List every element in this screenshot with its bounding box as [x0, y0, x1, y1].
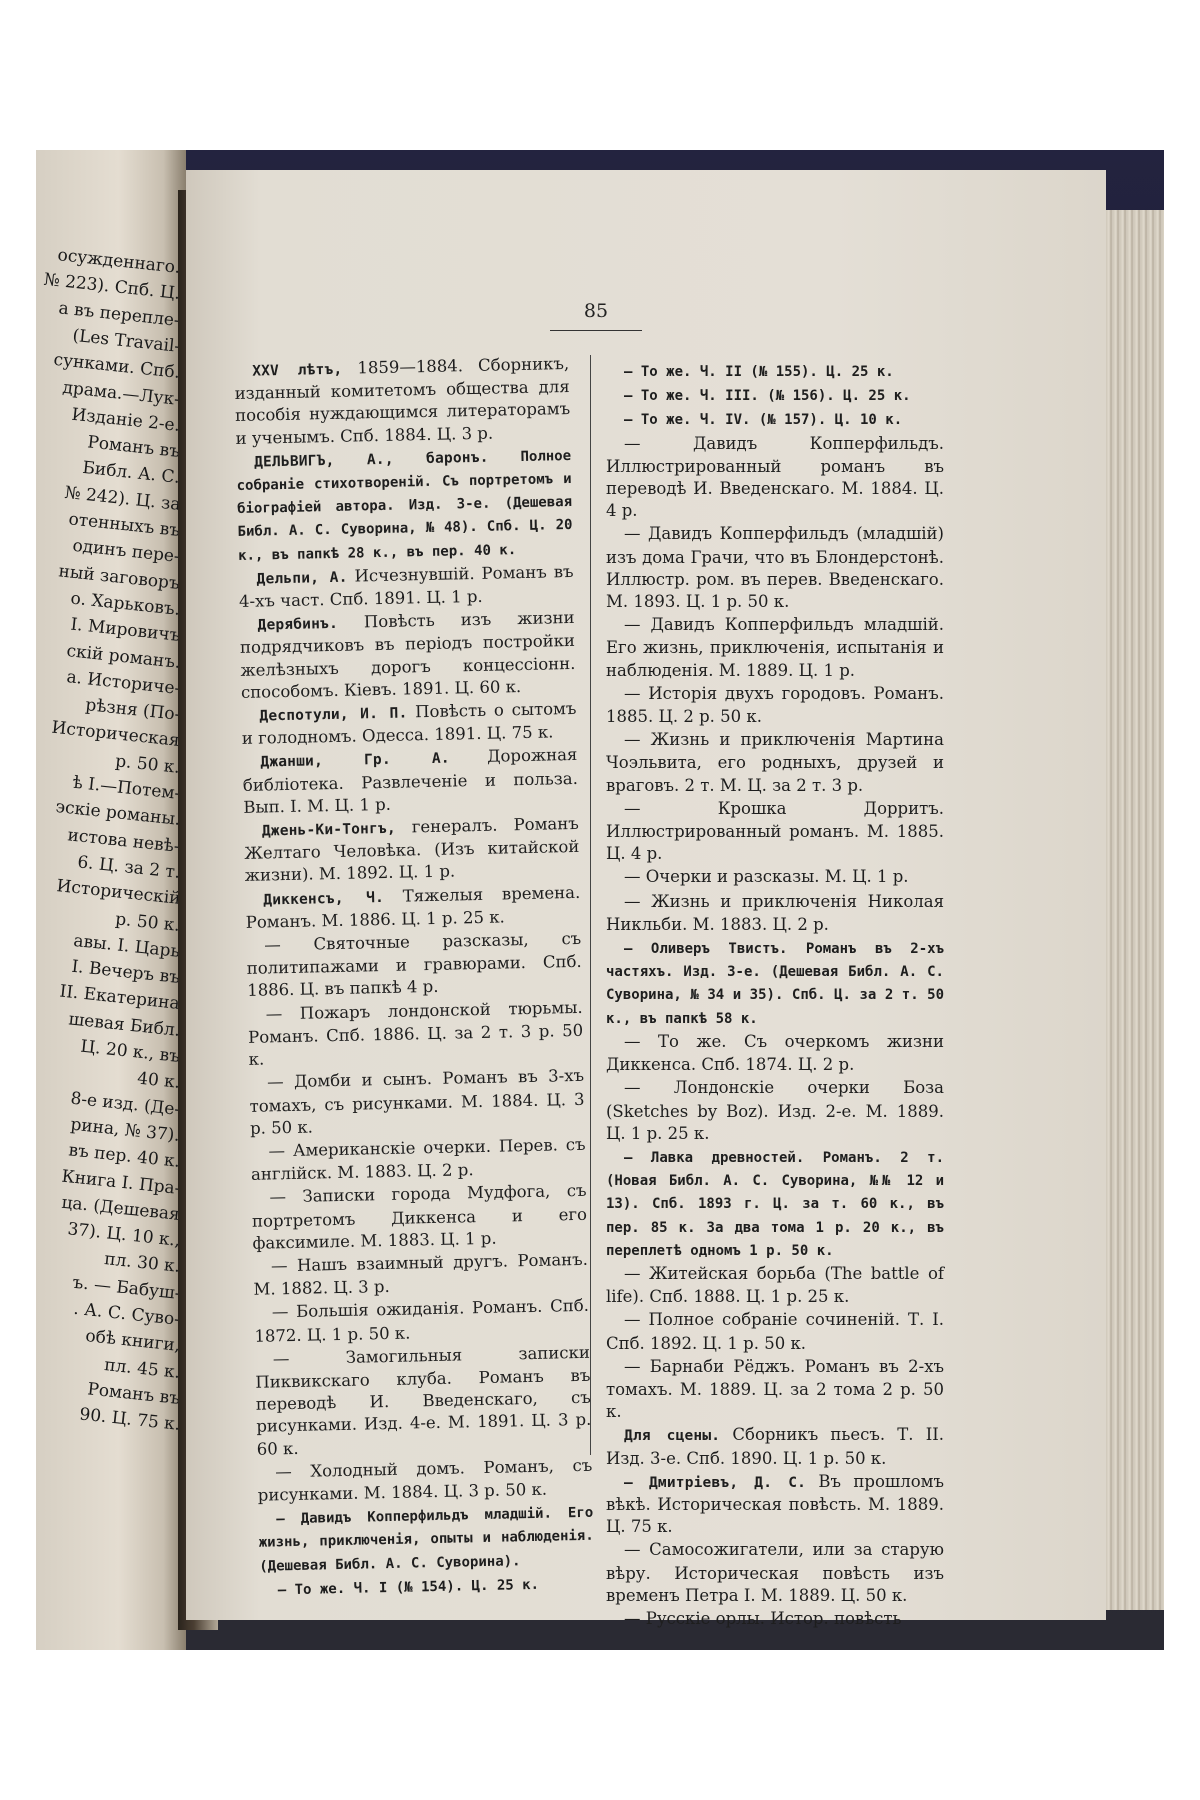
previous-page-line: 90. Ц. 75 к.: [78, 1405, 181, 1435]
catalog-entry: — То же. Съ очеркомъ жизни Диккенса. Спб…: [606, 1031, 944, 1076]
catalog-entry: — Американскіе очерки. Перев. съ англійс…: [250, 1134, 586, 1186]
entry-text: — Пожаръ лондонской тюрьмы. Романъ. Спб.…: [248, 998, 583, 1069]
entry-bold-text: — То же. Ч. III. (№ 156). Ц. 25 к.: [624, 388, 911, 404]
entry-bold-text: — Оливеръ Твистъ. Романъ въ 2-хъ частяхъ…: [606, 941, 944, 1027]
previous-page-line: р. 50 к.: [115, 909, 182, 936]
entry-bold-text: — Лавка древностей. Романъ. 2 т. (Новая …: [606, 1150, 944, 1259]
catalog-entry: — Давидъ Копперфильдъ. Иллюстрированный …: [606, 433, 944, 523]
catalog-entry: — Самосожигатели, или за старую вѣру. Ис…: [606, 1539, 944, 1607]
catalog-entry: Дерябинъ. Повѣсть изъ жизни подрядчиковъ…: [239, 607, 576, 704]
entry-text: — Американскіе очерки. Перев. съ англійс…: [251, 1135, 586, 1184]
right-column: — То же. Ч. II (№ 155). Ц. 25 к.— То же.…: [606, 360, 944, 1632]
catalog-entry: — Житейская борьба (The battle of life).…: [606, 1263, 944, 1308]
entry-text: — Жизнь и приключенія Николая Никльби. М…: [606, 892, 944, 934]
entry-heading: Деспотули, И. П.: [259, 705, 407, 724]
entry-text: — Исторія двухъ городовъ. Романъ. 1885. …: [606, 684, 944, 726]
catalog-entry: Джанши, Гр. А. Дорожная библіотека. Разв…: [242, 744, 578, 819]
catalog-entry: — Крошка Дорритъ. Иллюстрированный роман…: [606, 798, 944, 866]
catalog-entry: — Полное собраніе сочиненій. Т. I. Спб. …: [606, 1309, 944, 1354]
previous-page-fragment: осужденнаго.№ 223). Спб. Ц.а въ перепле-…: [36, 150, 186, 1650]
catalog-entry: Для сцены. Сборникъ пьесъ. Т. II. Изд. 3…: [606, 1424, 944, 1469]
catalog-entry: — Давидъ Копперфильдъ (младшій) изъ дома…: [606, 523, 944, 613]
previous-page-line: 40 к.: [136, 1069, 181, 1093]
entry-heading: Джанши, Гр. А.: [260, 751, 450, 771]
catalog-entry: — Очерки и разсказы. М. Ц. 1 р.: [606, 866, 944, 889]
entry-bold-text: — То же. Ч. IV. (№ 157). Ц. 10 к.: [624, 412, 902, 428]
previous-page-line: истова невѣ-: [67, 825, 181, 857]
page-85: 85 XXV лѣтъ, 1859—1884. Сборникъ, изданн…: [186, 170, 1106, 1620]
previous-page-line: Библ. А. С.: [82, 458, 181, 488]
entry-text: — Большія ожиданія. Романъ. Спб. 1872. Ц…: [254, 1296, 589, 1345]
catalog-entry: — Жизнь и приключенія Николая Никльби. М…: [606, 891, 944, 936]
catalog-entry: — Исторія двухъ городовъ. Романъ. 1885. …: [606, 683, 944, 728]
previous-page-line: 6. Ц. за 2 т.: [76, 852, 181, 883]
catalog-entry: — Лондонскіе очерки Боза (Sketches by Bo…: [606, 1077, 944, 1145]
entry-text: — Давидъ Копперфильдъ (младшій) изъ дома…: [606, 524, 944, 611]
entry-bold-text: — То же. Ч. I (№ 154). Ц. 25 к.: [278, 1577, 540, 1598]
entry-text: — Давидъ Копперфильдъ. Иллюстрированный …: [606, 434, 944, 521]
catalog-entry: Дельпи, А. Исчезнувшій. Романъ въ 4-хъ ч…: [238, 561, 574, 613]
entry-text: — Лондонскіе очерки Боза (Sketches by Bo…: [606, 1078, 944, 1142]
catalog-entry: — Оливеръ Твистъ. Романъ въ 2-хъ частяхъ…: [606, 937, 944, 1030]
catalog-entry: — Барнаби Рёджъ. Романъ въ 2-хъ томахъ. …: [606, 1356, 944, 1424]
entry-text: — Крошка Дорритъ. Иллюстрированный роман…: [606, 799, 944, 863]
entry-text: — Записки города Мудфога, съ портретомъ …: [252, 1181, 587, 1252]
catalog-entry: — Лавка древностей. Романъ. 2 т. (Новая …: [606, 1146, 944, 1262]
entry-bold-text: — То же. Ч. II (№ 155). Ц. 25 к.: [624, 364, 894, 380]
entry-text: — Холодный домъ. Романъ, съ рисунками. М…: [258, 1455, 593, 1504]
page-edges: [1106, 210, 1164, 1610]
previous-page-line: . А. С. Суво-: [73, 1299, 181, 1330]
catalog-entry: — Давидъ Копперфильдъ младшій. Его жизнь…: [258, 1501, 594, 1578]
left-column: XXV лѣтъ, 1859—1884. Сборникъ, изданный …: [234, 353, 595, 1603]
previous-page-line: (Les Travail-: [71, 326, 181, 357]
previous-page-line: авы. I. Царь: [73, 931, 181, 962]
previous-page-line: ъ. — Бабуш-: [71, 1272, 181, 1303]
entry-text: — Русскіе орлы. Истор. повѣсть: [624, 1609, 902, 1628]
entry-text: — Житейская борьба (The battle of life).…: [606, 1264, 944, 1306]
previous-page-line: р. 50 к.: [115, 751, 182, 778]
catalog-entry: Диккенсъ, Ч. Тяжелыя времена. Романъ. М.…: [245, 882, 581, 934]
catalog-entry: — Русскіе орлы. Истор. повѣсть: [606, 1608, 944, 1631]
previous-page-line: Ц. 20 к., въ: [80, 1037, 181, 1067]
previous-page-line: а. Историче-: [65, 667, 181, 699]
catalog-entry: — Домби и сынъ. Романъ въ 3-хъ томахъ, с…: [249, 1065, 585, 1140]
catalog-entry: — Замогильныя записки Пиквикскаго клуба.…: [255, 1342, 592, 1461]
entry-heading: Дельпи, А.: [256, 569, 347, 587]
entry-text: — Полное собраніе сочиненій. Т. I. Спб. …: [606, 1310, 944, 1352]
entry-text: — Давидъ Копперфильдъ младшій. Его жизнь…: [606, 615, 944, 679]
catalog-entry: — То же. Ч. IV. (№ 157). Ц. 10 к.: [606, 408, 944, 431]
previous-page-line: Романъ въ: [86, 432, 181, 462]
entry-text: — Замогильныя записки Пиквикскаго клуба.…: [255, 1343, 591, 1459]
entry-text: — Очерки и разсказы. М. Ц. 1 р.: [624, 867, 909, 886]
catalog-entry: — Большія ожиданія. Романъ. Спб. 1872. Ц…: [254, 1295, 590, 1347]
catalog-entry: Джень-Ки-Тонгъ, генералъ. Романъ Желтаго…: [244, 813, 580, 888]
column-divider: [590, 355, 591, 1455]
previous-page-line: скій романъ.: [65, 641, 181, 673]
catalog-entry: — Дмитріевъ, Д. С. Въ прошломъ вѣкѣ. Ист…: [606, 1471, 944, 1539]
catalog-entry: — Пожаръ лондонской тюрьмы. Романъ. Спб.…: [247, 997, 583, 1072]
catalog-entry: XXV лѣтъ, 1859—1884. Сборникъ, изданный …: [234, 353, 571, 450]
entry-text: — Нашъ взаимный другъ. Романъ. М. 1882. …: [253, 1250, 588, 1299]
previous-page-line: въ пер. 40 к.: [68, 1141, 181, 1173]
previous-page-line: пл. 30 к.: [103, 1249, 181, 1277]
entry-text: — Барнаби Рёджъ. Романъ въ 2-хъ томахъ. …: [606, 1357, 944, 1421]
page-number-rule: [550, 330, 642, 331]
catalog-entry: — Святочные разсказы, съ политипажами и …: [246, 928, 582, 1003]
entry-bold-text: — Давидъ Копперфильдъ младшій. Его жизнь…: [259, 1505, 594, 1574]
previous-page-line: 37). Ц. 10 к.,: [66, 1219, 181, 1251]
previous-page-line: обѣ книги,: [84, 1326, 181, 1356]
previous-page-line: I. Мировичъ: [69, 615, 181, 646]
previous-page-line: 8-е изд. (Де-: [69, 1088, 181, 1119]
previous-page-line: одинъ пере-: [72, 536, 181, 567]
previous-page-line: Изданіе 2-е.: [71, 404, 181, 435]
catalog-entry: — Холодный домъ. Романъ, съ рисунками. М…: [257, 1454, 593, 1506]
entry-heading: Джень-Ки-Тонгъ,: [262, 821, 396, 840]
catalog-entry: — То же. Ч. III. (№ 156). Ц. 25 к.: [606, 384, 944, 407]
previous-page-line: рина, № 37).: [70, 1114, 181, 1145]
entry-text: — Домби и сынъ. Романъ въ 3-хъ томахъ, с…: [249, 1066, 584, 1137]
catalog-entry: ДЕЛЬВИГЪ, А., баронъ. Полное собраніе ст…: [236, 444, 573, 567]
entry-heading: ДЕЛЬВИГЪ, А., баронъ.: [254, 450, 489, 471]
entry-heading: Для сцены.: [624, 1428, 720, 1444]
entry-heading: — Дмитріевъ, Д. С.: [624, 1475, 806, 1491]
entry-heading: XXV лѣтъ,: [252, 362, 342, 380]
previous-page-line: шевая Библ.: [68, 1009, 181, 1041]
catalog-entry: — То же. Ч. II (№ 155). Ц. 25 к.: [606, 360, 944, 383]
entry-text: — То же. Съ очеркомъ жизни Диккенса. Спб…: [606, 1032, 944, 1074]
previous-page-line: рѣзня (По-: [84, 695, 181, 725]
catalog-entry: Деспотули, И. П. Повѣсть о сытомъ и голо…: [241, 698, 577, 750]
catalog-entry: — Жизнь и приключенія Мартина Чоэльвита,…: [606, 729, 944, 797]
catalog-entry: — Нашъ взаимный другъ. Романъ. М. 1882. …: [253, 1249, 589, 1301]
entry-text: — Святочные разсказы, съ политипажами и …: [247, 929, 582, 1000]
entry-heading: Диккенсъ, Ч.: [263, 890, 384, 909]
catalog-entry: — Записки города Мудфога, съ портретомъ …: [251, 1180, 587, 1255]
previous-page-line: пл. 45 к.: [103, 1355, 181, 1383]
entry-text: — Самосожигатели, или за старую вѣру. Ис…: [606, 1540, 944, 1604]
catalog-entry: — Давидъ Копперфильдъ младшій. Его жизнь…: [606, 614, 944, 682]
page-number: 85: [546, 300, 646, 322]
previous-page-line: Романъ въ: [86, 1379, 181, 1409]
book-photo: осужденнаго.№ 223). Спб. Ц.а въ перепле-…: [36, 150, 1164, 1650]
entry-heading: Дерябинъ.: [257, 616, 338, 634]
entry-text: — Жизнь и приключенія Мартина Чоэльвита,…: [606, 730, 944, 794]
